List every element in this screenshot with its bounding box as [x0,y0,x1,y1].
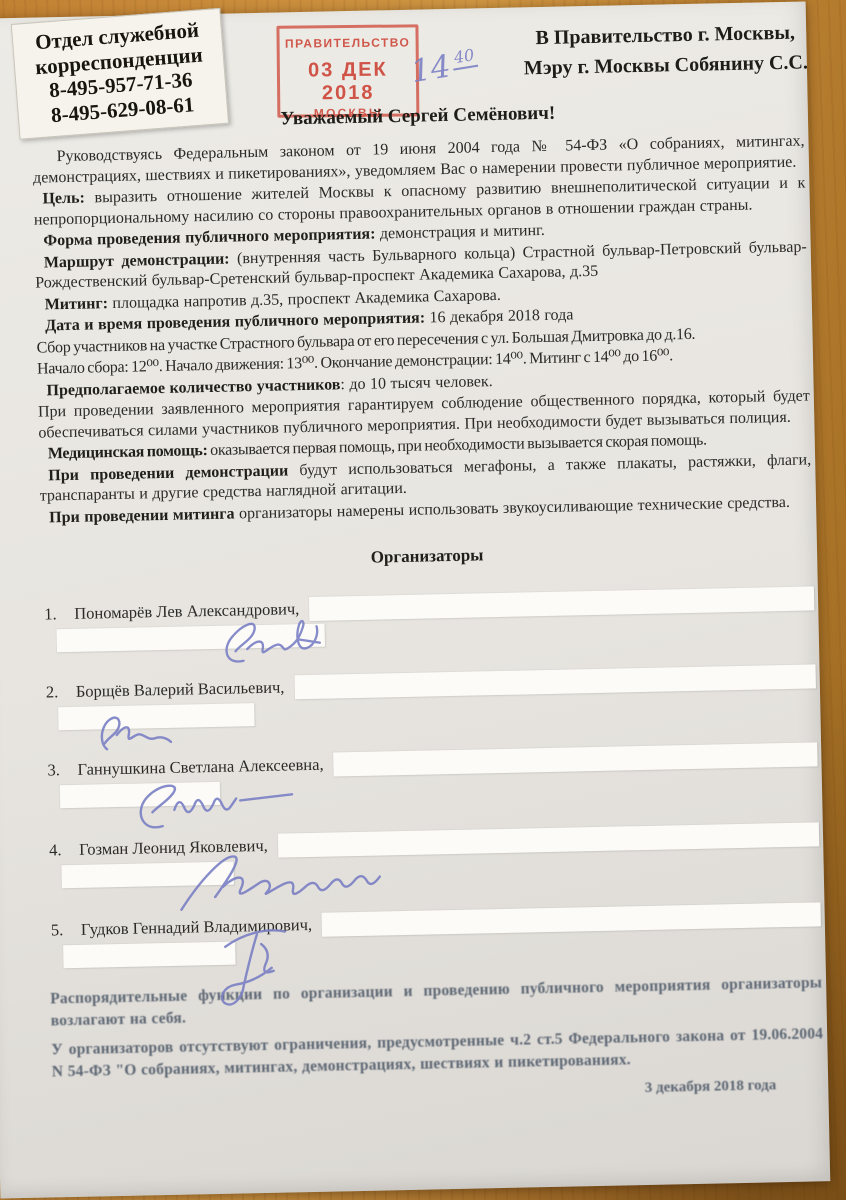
paragraph-text: : до 10 тысяч человек. [340,373,493,393]
signature-ink [210,609,329,675]
organizer-number: 3. [45,760,77,781]
organizers-heading: Организаторы [41,538,813,574]
organizer-number: 2. [44,682,76,703]
paragraph-lead: Цель: [42,190,85,208]
document-body-column: Руководствуясь Федеральным законом от 19… [32,131,824,1109]
addressee-block: В Правительство г. Москвы, Мэру г. Москв… [514,17,817,83]
stamp-org-name: ПРАВИТЕЛЬСТВО [280,35,416,50]
handwritten-time: 1440 [408,44,480,90]
organizer-row: 1. Пономарёв Лев Александрович, [42,586,814,626]
addressee-line: Мэру г. Москвы Собянину С.С. [515,47,818,83]
organizers-list: 1. Пономарёв Лев Александрович, 2. Борщё… [42,586,822,982]
organizer-number: 1. [42,604,74,625]
signature-ink [172,840,431,917]
paragraph-lead: При проведении митинга [49,505,235,526]
footer-block: Распорядительные функции по организации … [50,972,824,1109]
footer-paragraph: У организаторов отсутствуют ограничения,… [51,1023,824,1083]
paragraph-lead: Маршрут демонстрации: [44,250,230,271]
paragraph-lead: Митинг: [45,295,109,313]
document-page: Отдел служебной корреспонденции 8-495-95… [0,1,830,1198]
redaction-box [309,586,814,621]
organizer-number: 5. [49,920,81,941]
paragraph-lead: Предполагаемое количество участников [46,376,340,399]
paragraph-text: 16 декабря 2018 года [425,306,574,326]
handwritten-minutes: 40 [450,45,478,71]
signature-ink [197,919,325,1016]
government-date-stamp: ПРАВИТЕЛЬСТВО 03 ДЕК 2018 МОСКВЫ [276,24,419,117]
footer-paragraph: Распорядительные функции по организации … [50,972,823,1032]
paragraph-text: демонстрация и митинг. [375,222,545,243]
organizer-name: Борщёв Валерий Васильевич, [76,678,285,702]
signature-ink [92,708,177,756]
paragraph-lead: Медицинская помощь: [48,442,208,462]
paragraph-lead: При проведении демонстрации [48,462,288,484]
organizer-number: 4. [47,840,79,861]
document-date: 3 декабря 2018 года [52,1076,824,1109]
stamp-date: 03 ДЕК 2018 [280,58,416,105]
signature-ink [128,773,301,835]
handwritten-hours: 14 [408,48,453,90]
